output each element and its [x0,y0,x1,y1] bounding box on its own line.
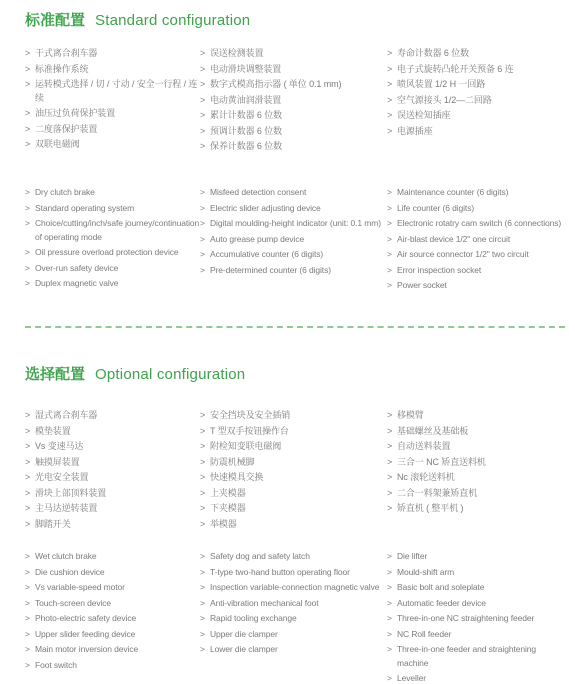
item-marker: > [387,78,397,92]
item-marker: > [200,109,210,123]
item-marker: > [387,125,397,139]
standard-en-column-3: > Maintenance counter (6 digits) > Life … [387,186,567,295]
item-text: 主马达逆转装置 [35,502,200,516]
item-text: Vs 变速马达 [35,440,200,454]
list-item: > Three-in-one NC straightening feeder [387,612,567,626]
optional-zh-column-3: > 移模臂 > 基础螺丝及基础板 > 自动送料装置 > 三合一 NC 矫直送料机 [387,409,567,518]
item-text: Duplex magnetic valve [35,277,200,291]
item-text: Air-blast device 1/2" one circuit [397,233,567,247]
item-text: 喷风装置 1/2 H 一回路 [397,78,567,92]
list-item: > 空气源接头 1/2—二回路 [387,94,567,108]
item-text: 移模臂 [397,409,567,423]
item-text: Main motor inversion device [35,643,200,657]
list-item: > Nc 滚轮送料机 [387,471,567,485]
list-item: > Power socket [387,279,567,293]
item-marker: > [200,264,210,278]
item-marker: > [387,502,397,516]
list-item: > Accumulative counter (6 digits) [200,248,387,262]
list-item: > 数字式模高指示器 ( 单位 0.1 mm) [200,78,387,92]
item-text: 安全挡块及安全插销 [210,409,387,423]
list-item: > Vs 变速马达 [25,440,200,454]
item-text: Misfeed detection consent [210,186,387,200]
list-item: > Digital moulding-height indicator (uni… [200,217,387,231]
item-text: 双联电磁阀 [35,138,200,152]
item-text: Lower die clamper [210,643,387,657]
list-item: > Foot switch [25,659,200,673]
item-text: 空气源接头 1/2—二回路 [397,94,567,108]
item-text: Three-in-one feeder and straightening ma… [397,643,567,670]
item-marker: > [387,471,397,485]
standard-title-en: Standard configuration [95,12,250,29]
item-text: Power socket [397,279,567,293]
list-item: > Electric slider adjusting device [200,202,387,216]
list-item: > NC Roll feeder [387,628,567,642]
item-marker: > [200,425,210,439]
list-item: > 油压过负荷保护装置 [25,107,200,121]
list-item: > 安全挡块及安全插销 [200,409,387,423]
item-text: Nc 滚轮送料机 [397,471,567,485]
item-text: Foot switch [35,659,200,673]
item-marker: > [200,94,210,108]
item-text: Electric slider adjusting device [210,202,387,216]
item-marker: > [387,597,397,611]
item-marker: > [25,262,35,276]
item-marker: > [25,487,35,501]
item-text: Pre-determined counter (6 digits) [210,264,387,278]
item-marker: > [25,550,35,564]
list-item: > 电子式旋转凸轮开关预备 6 连 [387,63,567,77]
item-text: Air source connector 1/2" two circuit [397,248,567,262]
item-text: 附检知变联电磁阀 [210,440,387,454]
item-marker: > [25,277,35,291]
item-marker: > [25,186,35,200]
item-text: Choice/cutting/inch/safe journey/continu… [35,217,200,244]
item-text: Basic bolt and soleplate [397,581,567,595]
item-text: 保养计数器 6 位数 [210,140,387,154]
item-marker: > [25,566,35,580]
item-marker: > [200,125,210,139]
optional-en-list: > Wet clutch brake > Die cushion device … [0,550,575,684]
section-divider [25,326,565,328]
item-marker: > [387,233,397,247]
item-marker: > [25,217,35,244]
item-text: Upper die clamper [210,628,387,642]
list-item: > Rapid tooling exchange [200,612,387,626]
item-text: Inspection variable-connection magnetic … [210,581,387,595]
item-marker: > [200,140,210,154]
item-marker: > [25,425,35,439]
list-item: > 主马达逆转装置 [25,502,200,516]
standard-zh-column-1: > 干式离合刹车器 > 标准操作系统 > 运转模式选择 / 切 / 寸动 / 安… [25,47,200,154]
item-marker: > [25,456,35,470]
item-marker: > [387,217,397,231]
item-text: 电子式旋转凸轮开关预备 6 连 [397,63,567,77]
item-text: 数字式模高指示器 ( 单位 0.1 mm) [210,78,387,92]
standard-zh-list: > 干式离合刹车器 > 标准操作系统 > 运转模式选择 / 切 / 寸动 / 安… [0,47,575,156]
item-text: 误送检测装置 [210,47,387,61]
item-marker: > [25,440,35,454]
item-marker: > [200,63,210,77]
item-marker: > [200,566,210,580]
item-marker: > [200,248,210,262]
list-item: > Anti-vibration mechanical foot [200,597,387,611]
item-text: Maintenance counter (6 digits) [397,186,567,200]
item-text: Oil pressure overload protection device [35,246,200,260]
item-text: 干式离合刹车器 [35,47,200,61]
item-text: Die cushion device [35,566,200,580]
item-text: 光电安全装置 [35,471,200,485]
item-marker: > [387,109,397,123]
list-item: > 电动滑块调整装置 [200,63,387,77]
optional-zh-column-1: > 湿式离合刹车器 > 模垫装置 > Vs 变速马达 > 触摸屏装置 [25,409,200,533]
item-marker: > [387,550,397,564]
item-text: 累计计数器 6 位数 [210,109,387,123]
list-item: > 脚踏开关 [25,518,200,532]
list-item: > Duplex magnetic valve [25,277,200,291]
item-marker: > [200,597,210,611]
item-text: 上夹模器 [210,487,387,501]
list-item: > 移模臂 [387,409,567,423]
item-text: 自动送料装置 [397,440,567,454]
list-item: > Dry clutch brake [25,186,200,200]
item-marker: > [200,471,210,485]
item-marker: > [200,456,210,470]
item-marker: > [387,628,397,642]
list-item: > 湿式离合刹车器 [25,409,200,423]
item-marker: > [25,202,35,216]
item-marker: > [25,581,35,595]
optional-zh-list: > 湿式离合刹车器 > 模垫装置 > Vs 变速马达 > 触摸屏装置 [0,409,575,533]
list-item: > 基础螺丝及基础板 [387,425,567,439]
list-item: > 保养计数器 6 位数 [200,140,387,154]
list-item: > 下夹模器 [200,502,387,516]
item-text: Life counter (6 digits) [397,202,567,216]
list-item: > 干式离合刹车器 [25,47,200,61]
item-marker: > [200,612,210,626]
list-item: > Inspection variable-connection magneti… [200,581,387,595]
item-marker: > [200,502,210,516]
item-marker: > [200,217,210,231]
item-text: Three-in-one NC straightening feeder [397,612,567,626]
item-marker: > [387,672,397,684]
list-item: > 自动送料装置 [387,440,567,454]
item-marker: > [25,502,35,516]
item-text: 基础螺丝及基础板 [397,425,567,439]
list-item: > 上夹模器 [200,487,387,501]
item-text: Die lifter [397,550,567,564]
list-item: > Air source connector 1/2" two circuit [387,248,567,262]
list-item: > 电源插座 [387,125,567,139]
list-item: > Basic bolt and soleplate [387,581,567,595]
item-marker: > [387,487,397,501]
item-marker: > [25,597,35,611]
list-item: > Auto grease pump device [200,233,387,247]
list-item: > 标准操作系统 [25,63,200,77]
list-item: > 电动黄油润滑装置 [200,94,387,108]
item-text: Mould-shift arm [397,566,567,580]
item-text: 快速模具交换 [210,471,387,485]
optional-zh-column-2: > 安全挡块及安全插销 > T 型双手按钮操作台 > 附检知变联电磁阀 > 防震… [200,409,387,533]
list-item: > Electronic rotatry cam switch (6 conne… [387,217,567,231]
item-marker: > [387,186,397,200]
standard-configuration-title: 标准配置Standard configuration [25,10,250,32]
item-text: Auto grease pump device [210,233,387,247]
item-marker: > [200,550,210,564]
item-text: Error inspection socket [397,264,567,278]
item-marker: > [25,138,35,152]
item-marker: > [25,123,35,137]
item-text: 下夹模器 [210,502,387,516]
item-marker: > [387,279,397,293]
item-marker: > [200,78,210,92]
list-item: > T-type two-hand button operating floor [200,566,387,580]
item-marker: > [200,186,210,200]
item-marker: > [25,47,35,61]
item-text: 预调计数器 6 位数 [210,125,387,139]
item-marker: > [200,581,210,595]
item-marker: > [200,518,210,532]
optional-en-column-1: > Wet clutch brake > Die cushion device … [25,550,200,674]
list-item: > 运转模式选择 / 切 / 寸动 / 安全一行程 / 连续 [25,78,200,105]
item-text: Over-run safety device [35,262,200,276]
item-marker: > [200,628,210,642]
list-item: > 快速模具交换 [200,471,387,485]
item-text: Standard operating system [35,202,200,216]
list-item: > 误送检测装置 [200,47,387,61]
list-item: > 滑块上部顶料装置 [25,487,200,501]
list-item: > Three-in-one feeder and straightening … [387,643,567,670]
item-text: Automatic feeder device [397,597,567,611]
list-item: > Main motor inversion device [25,643,200,657]
list-item: > Mould-shift arm [387,566,567,580]
item-marker: > [25,107,35,121]
item-text: Dry clutch brake [35,186,200,200]
item-text: 寿命计数器 6 位数 [397,47,567,61]
item-text: 模垫装置 [35,425,200,439]
item-marker: > [387,264,397,278]
list-item: > 双联电磁阀 [25,138,200,152]
item-text: Anti-vibration mechanical foot [210,597,387,611]
item-marker: > [387,612,397,626]
optional-en-column-2: > Safety dog and safety latch > T-type t… [200,550,387,659]
item-marker: > [25,659,35,673]
item-marker: > [25,63,35,77]
list-item: > T 型双手按钮操作台 [200,425,387,439]
item-marker: > [387,248,397,262]
item-text: Safety dog and safety latch [210,550,387,564]
list-item: > Choice/cutting/inch/safe journey/conti… [25,217,200,244]
item-text: 标准操作系统 [35,63,200,77]
item-marker: > [387,409,397,423]
standard-en-column-1: > Dry clutch brake > Standard operating … [25,186,200,293]
list-item: > Automatic feeder device [387,597,567,611]
item-marker: > [200,643,210,657]
item-marker: > [25,471,35,485]
item-text: 油压过负荷保护装置 [35,107,200,121]
list-item: > 三合一 NC 矫直送料机 [387,456,567,470]
list-item: > Life counter (6 digits) [387,202,567,216]
item-text: Rapid tooling exchange [210,612,387,626]
list-item: > 预调计数器 6 位数 [200,125,387,139]
list-item: > Standard operating system [25,202,200,216]
item-marker: > [200,409,210,423]
list-item: > 寿命计数器 6 位数 [387,47,567,61]
list-item: > Upper slider feeding device [25,628,200,642]
item-marker: > [200,47,210,61]
list-item: > Over-run safety device [25,262,200,276]
list-item: > 举模器 [200,518,387,532]
item-marker: > [25,628,35,642]
item-marker: > [387,425,397,439]
item-marker: > [387,643,397,670]
item-marker: > [200,440,210,454]
list-item: > Photo-electric safety device [25,612,200,626]
item-text: 滑块上部顶料装置 [35,487,200,501]
list-item: > 光电安全装置 [25,471,200,485]
optional-configuration-title: 选择配置Optional configuration [25,364,245,386]
list-item: > Safety dog and safety latch [200,550,387,564]
list-item: > 防震机械脚 [200,456,387,470]
standard-en-list: > Dry clutch brake > Standard operating … [0,186,575,295]
item-text: Leveller [397,672,567,684]
item-marker: > [200,487,210,501]
list-item: > Lower die clamper [200,643,387,657]
optional-title-zh: 选择配置 [25,366,85,383]
item-text: 举模器 [210,518,387,532]
item-marker: > [387,581,397,595]
item-marker: > [387,456,397,470]
item-marker: > [25,643,35,657]
item-text: 三合一 NC 矫直送料机 [397,456,567,470]
list-item: > 矫直机 ( 整平机 ) [387,502,567,516]
list-item: > Touch-screen device [25,597,200,611]
list-item: > Upper die clamper [200,628,387,642]
item-marker: > [200,202,210,216]
item-text: Vs variable-speed motor [35,581,200,595]
item-marker: > [25,78,35,105]
standard-zh-column-3: > 寿命计数器 6 位数 > 电子式旋转凸轮开关预备 6 连 > 喷风装置 1/… [387,47,567,140]
optional-en-column-3: > Die lifter > Mould-shift arm > Basic b… [387,550,567,684]
item-text: T 型双手按钮操作台 [210,425,387,439]
list-item: > Misfeed detection consent [200,186,387,200]
item-text: 电动黄油润滑装置 [210,94,387,108]
list-item: > Error inspection socket [387,264,567,278]
item-marker: > [387,63,397,77]
item-text: Photo-electric safety device [35,612,200,626]
item-text: Accumulative counter (6 digits) [210,248,387,262]
item-text: Electronic rotatry cam switch (6 connect… [397,217,567,231]
item-text: 触摸屏装置 [35,456,200,470]
item-marker: > [387,47,397,61]
standard-en-column-2: > Misfeed detection consent > Electric s… [200,186,387,279]
list-item: > 误送检知插座 [387,109,567,123]
item-text: 矫直机 ( 整平机 ) [397,502,567,516]
list-item: > Wet clutch brake [25,550,200,564]
item-text: 二合一料架兼矫直机 [397,487,567,501]
item-text: 防震机械脚 [210,456,387,470]
item-marker: > [25,518,35,532]
standard-title-zh: 标准配置 [25,12,85,29]
item-text: 误送检知插座 [397,109,567,123]
item-text: Upper slider feeding device [35,628,200,642]
item-marker: > [25,246,35,260]
standard-zh-column-2: > 误送检测装置 > 电动滑块调整装置 > 数字式模高指示器 ( 单位 0.1 … [200,47,387,156]
optional-title-en: Optional configuration [95,366,245,383]
item-text: 电源插座 [397,125,567,139]
list-item: > Air-blast device 1/2" one circuit [387,233,567,247]
list-item: > Pre-determined counter (6 digits) [200,264,387,278]
item-text: 湿式离合刹车器 [35,409,200,423]
item-marker: > [200,233,210,247]
list-item: > 模垫装置 [25,425,200,439]
item-text: Wet clutch brake [35,550,200,564]
list-item: > Oil pressure overload protection devic… [25,246,200,260]
item-text: NC Roll feeder [397,628,567,642]
item-marker: > [387,440,397,454]
list-item: > Leveller [387,672,567,684]
list-item: > Maintenance counter (6 digits) [387,186,567,200]
list-item: > 喷风装置 1/2 H 一回路 [387,78,567,92]
item-text: Touch-screen device [35,597,200,611]
list-item: > 触摸屏装置 [25,456,200,470]
item-marker: > [25,409,35,423]
list-item: > 累计计数器 6 位数 [200,109,387,123]
list-item: > 二合一料架兼矫直机 [387,487,567,501]
item-text: T-type two-hand button operating floor [210,566,387,580]
list-item: > Die cushion device [25,566,200,580]
list-item: > 二度落保护装置 [25,123,200,137]
item-text: 运转模式选择 / 切 / 寸动 / 安全一行程 / 连续 [35,78,200,105]
item-marker: > [387,202,397,216]
list-item: > Vs variable-speed motor [25,581,200,595]
item-text: 二度落保护装置 [35,123,200,137]
list-item: > 附检知变联电磁阀 [200,440,387,454]
item-marker: > [25,612,35,626]
list-item: > Die lifter [387,550,567,564]
item-text: 电动滑块调整装置 [210,63,387,77]
item-marker: > [387,94,397,108]
spec-page: 标准配置Standard configuration > 干式离合刹车器 > 标… [0,0,575,684]
item-marker: > [387,566,397,580]
item-text: Digital moulding-height indicator (unit:… [210,217,387,231]
item-text: 脚踏开关 [35,518,200,532]
